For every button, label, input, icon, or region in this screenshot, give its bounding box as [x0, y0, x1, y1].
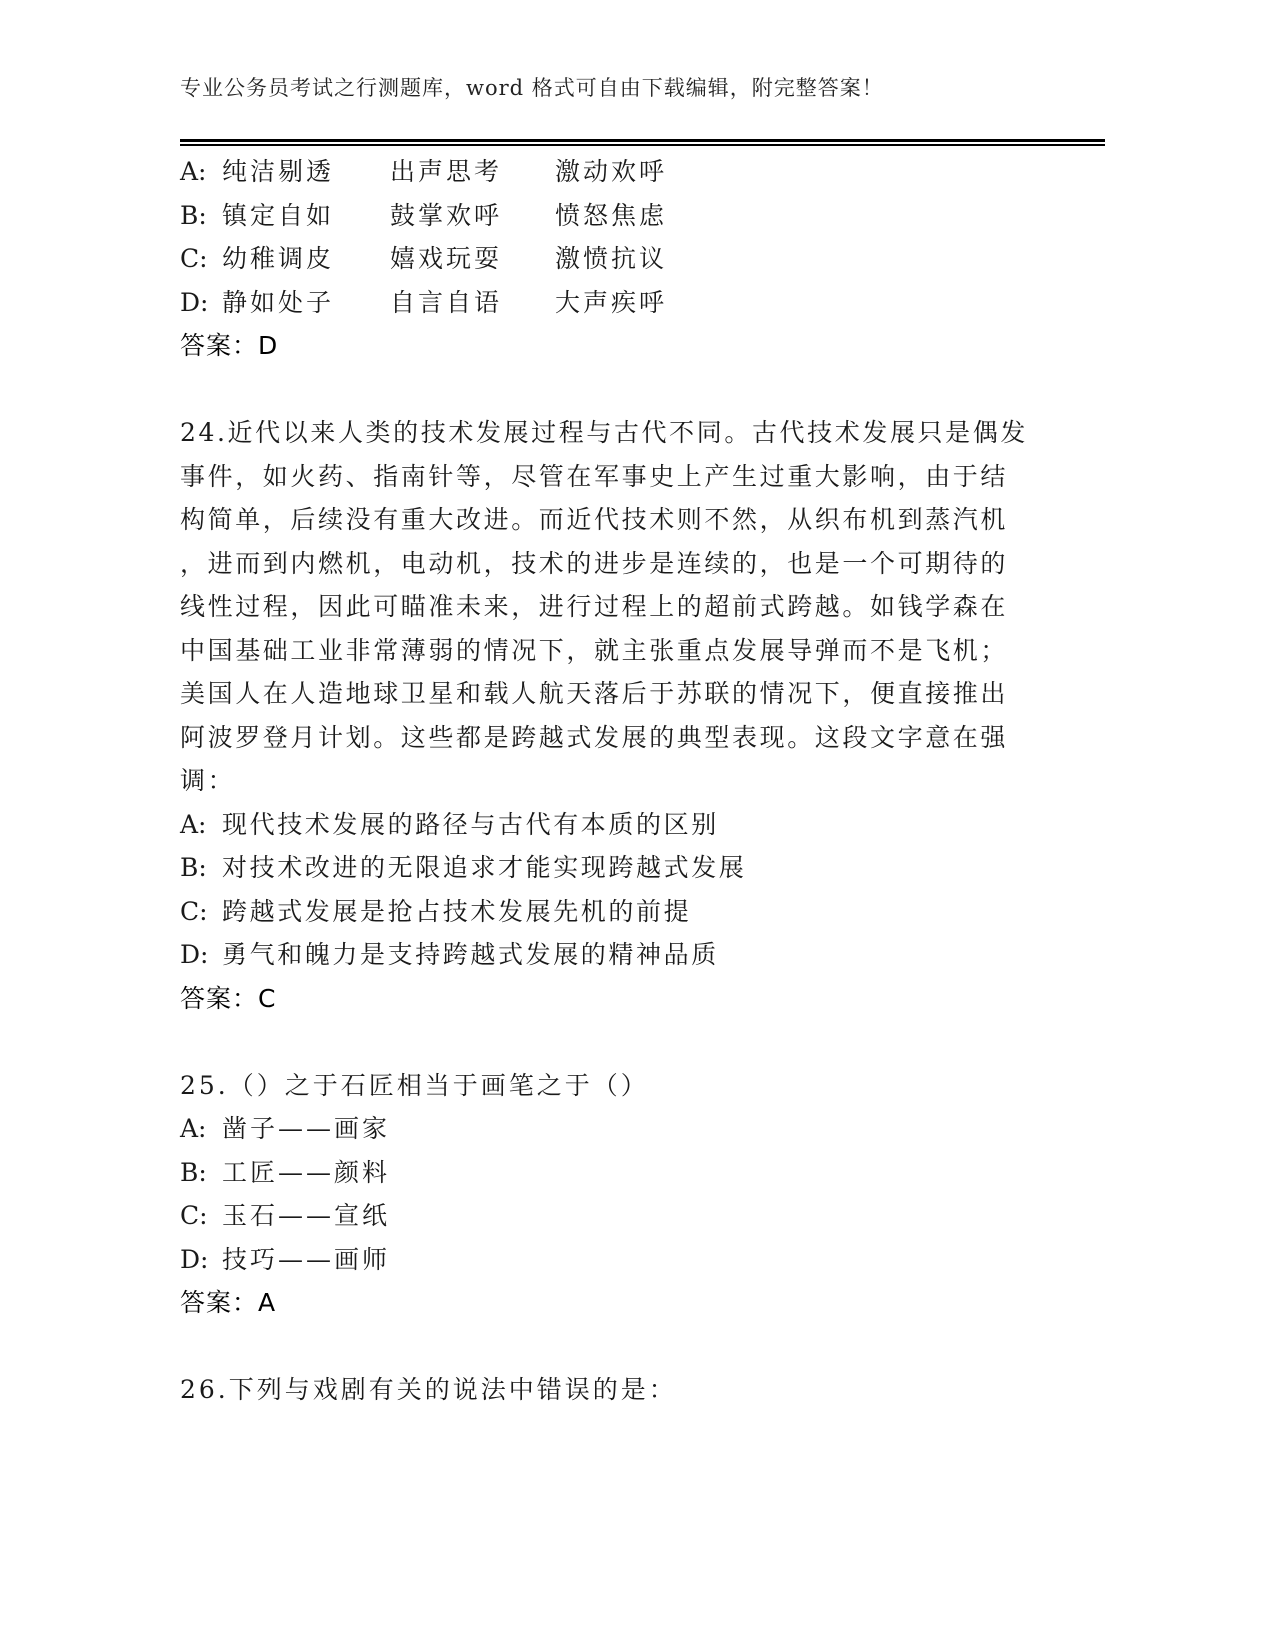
option-label: C:	[180, 890, 222, 934]
option-col-2: 鼓掌欢呼	[390, 194, 555, 238]
option-label: B:	[180, 1151, 222, 1195]
option-b: B: 镇定自如 鼓掌欢呼 愤怒焦虑	[180, 194, 1040, 238]
option-col-2: 自言自语	[390, 281, 555, 325]
question-stem-line: 阿波罗登月计划。这些都是跨越式发展的典型表现。这段文字意在强	[180, 716, 1040, 760]
option-col-1: 静如处子	[222, 281, 390, 325]
question-24: 24.近代以来人类的技术发展过程与古代不同。古代技术发展只是偶发 事件，如火药、…	[180, 411, 1040, 1020]
page-header: 专业公务员考试之行测题库，word 格式可自由下载编辑，附完整答案！	[180, 72, 1110, 104]
option-col-3: 激愤抗议	[555, 237, 715, 281]
option-col-3: 愤怒焦虑	[555, 194, 715, 238]
option-col-3: 大声疾呼	[555, 281, 715, 325]
question-stem: 25.（）之于石匠相当于画笔之于（）	[180, 1064, 1040, 1108]
question-stem-line: 美国人在人造地球卫星和载人航天落后于苏联的情况下，便直接推出	[180, 672, 1040, 716]
option-col-3: 激动欢呼	[555, 150, 715, 194]
option-d: D: 静如处子 自言自语 大声疾呼	[180, 281, 1040, 325]
option-text: 对技术改进的无限追求才能实现跨越式发展	[222, 846, 746, 890]
question-stem-line: 中国基础工业非常薄弱的情况下，就主张重点发展导弹而不是飞机；	[180, 629, 1040, 673]
option-label: C:	[180, 237, 222, 281]
option-col-2: 出声思考	[390, 150, 555, 194]
question-stem-line: ，进而到内燃机，电动机，技术的进步是连续的，也是一个可期待的	[180, 542, 1040, 586]
question-25: 25.（）之于石匠相当于画笔之于（） A: 凿子——画家 B: 工匠——颜料 C…	[180, 1064, 1040, 1325]
question-stem-line: 调：	[180, 759, 1040, 803]
option-text: 玉石——宣纸	[222, 1194, 390, 1238]
option-label: B:	[180, 846, 222, 890]
option-label: D:	[180, 281, 222, 325]
rule-thin	[180, 144, 1105, 146]
document-body: A: 纯洁剔透 出声思考 激动欢呼 B: 镇定自如 鼓掌欢呼 愤怒焦虑 C: 幼…	[180, 150, 1040, 1412]
option-col-1: 镇定自如	[222, 194, 390, 238]
option-label: A:	[180, 150, 222, 194]
spacer	[180, 368, 1040, 412]
option-text: 勇气和魄力是支持跨越式发展的精神品质	[222, 933, 719, 977]
option-label: D:	[180, 933, 222, 977]
option-label: A:	[180, 1107, 222, 1151]
option-a: A: 纯洁剔透 出声思考 激动欢呼	[180, 150, 1040, 194]
option-text: 工匠——颜料	[222, 1151, 390, 1195]
question-stem: 26.下列与戏剧有关的说法中错误的是：	[180, 1368, 1040, 1412]
option-c: C: 幼稚调皮 嬉戏玩耍 激愤抗议	[180, 237, 1040, 281]
option-d: D: 勇气和魄力是支持跨越式发展的精神品质	[180, 933, 1040, 977]
question-stem-line: 构简单，后续没有重大改进。而近代技术则不然，从织布机到蒸汽机	[180, 498, 1040, 542]
option-c: C: 跨越式发展是抢占技术发展先机的前提	[180, 890, 1040, 934]
option-col-1: 幼稚调皮	[222, 237, 390, 281]
question-stem-line: 24.近代以来人类的技术发展过程与古代不同。古代技术发展只是偶发	[180, 411, 1040, 455]
question-26: 26.下列与戏剧有关的说法中错误的是：	[180, 1368, 1040, 1412]
question-stem-line: 事件，如火药、指南针等，尽管在军事史上产生过重大影响，由于结	[180, 455, 1040, 499]
option-col-1: 纯洁剔透	[222, 150, 390, 194]
option-a: A: 凿子——画家	[180, 1107, 1040, 1151]
header-double-rule	[180, 139, 1105, 148]
option-b: B: 对技术改进的无限追求才能实现跨越式发展	[180, 846, 1040, 890]
option-text: 凿子——画家	[222, 1107, 390, 1151]
option-a: A: 现代技术发展的路径与古代有本质的区别	[180, 803, 1040, 847]
spacer	[180, 1020, 1040, 1064]
rule-thick	[180, 139, 1105, 142]
option-label: B:	[180, 194, 222, 238]
option-b: B: 工匠——颜料	[180, 1151, 1040, 1195]
option-label: C:	[180, 1194, 222, 1238]
spacer	[180, 1325, 1040, 1369]
option-col-2: 嬉戏玩耍	[390, 237, 555, 281]
answer: 答案：D	[180, 324, 1040, 368]
answer: 答案：C	[180, 977, 1040, 1021]
option-label: A:	[180, 803, 222, 847]
option-c: C: 玉石——宣纸	[180, 1194, 1040, 1238]
option-text: 跨越式发展是抢占技术发展先机的前提	[222, 890, 691, 934]
question-stem-line: 线性过程，因此可瞄准未来，进行过程上的超前式跨越。如钱学森在	[180, 585, 1040, 629]
question-23: A: 纯洁剔透 出声思考 激动欢呼 B: 镇定自如 鼓掌欢呼 愤怒焦虑 C: 幼…	[180, 150, 1040, 368]
answer: 答案：A	[180, 1281, 1040, 1325]
option-label: D:	[180, 1238, 222, 1282]
option-text: 技巧——画师	[222, 1238, 390, 1282]
option-d: D: 技巧——画师	[180, 1238, 1040, 1282]
option-text: 现代技术发展的路径与古代有本质的区别	[222, 803, 719, 847]
